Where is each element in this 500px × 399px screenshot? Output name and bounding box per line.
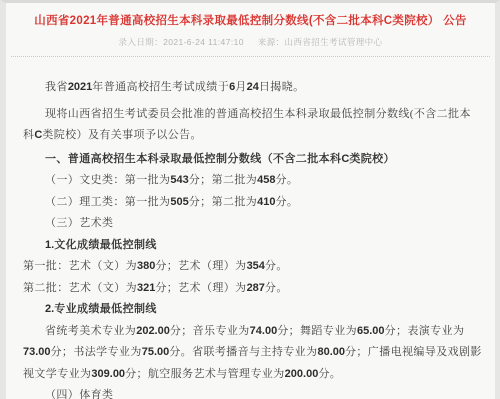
entry-date-value: 2021-6-24 11:47:10 bbox=[163, 37, 244, 47]
source-value: 山西省招生考试管理中心 bbox=[285, 37, 383, 47]
meta-line: 录入日期：2021-6-24 11:47:10来源：山西省招生考试管理中心 bbox=[6, 36, 495, 48]
line-pe-category: （四）体育类 bbox=[23, 385, 482, 399]
line-first-batch-art: 第一批：艺术（文）为380分；艺术（理）为354分。 bbox=[23, 256, 482, 278]
line-liberal-arts-scores: （一）文史类：第一批为543分；第二批为458分。 bbox=[23, 170, 482, 192]
para-results-announced: 我省2021年普通高校招生考试成绩于6月24日揭晓。 bbox=[23, 77, 482, 99]
source-label: 来源： bbox=[258, 37, 285, 47]
page-frame: 山西省2021年普通高校招生本科录取最低控制分数线(不含二批本科C类院校） 公告… bbox=[0, 0, 500, 399]
line-science-scores: （二）理工类：第一批为505分；第二批为410分。 bbox=[23, 192, 482, 214]
line-art-category: （三）艺术类 bbox=[23, 213, 482, 235]
article-body: 我省2021年普通高校招生考试成绩于6月24日揭晓。 现将山西省招生考试委员会批… bbox=[6, 57, 495, 399]
heading-section-one: 一、普通高校招生本科录取最低控制分数线（不含二批本科C类院校） bbox=[23, 149, 482, 171]
heading-major-score-line: 2.专业成绩最低控制线 bbox=[23, 299, 482, 321]
heading-culture-score-line: 1.文化成绩最低控制线 bbox=[23, 235, 482, 257]
para-major-scores: 省统考美术专业为202.00分；音乐专业为74.00分；舞蹈专业为65.00分；… bbox=[23, 321, 482, 386]
article-title: 山西省2021年普通高校招生本科录取最低控制分数线(不含二批本科C类院校） 公告 bbox=[6, 13, 495, 29]
para-announcement-intro: 现将山西省招生考试委员会批准的普通高校招生本科录取最低控制分数线(不含二批本科C… bbox=[23, 104, 482, 147]
entry-date-label: 录入日期： bbox=[119, 37, 164, 47]
line-second-batch-art: 第二批：艺术（文）为321分；艺术（理）为287分。 bbox=[23, 278, 482, 300]
